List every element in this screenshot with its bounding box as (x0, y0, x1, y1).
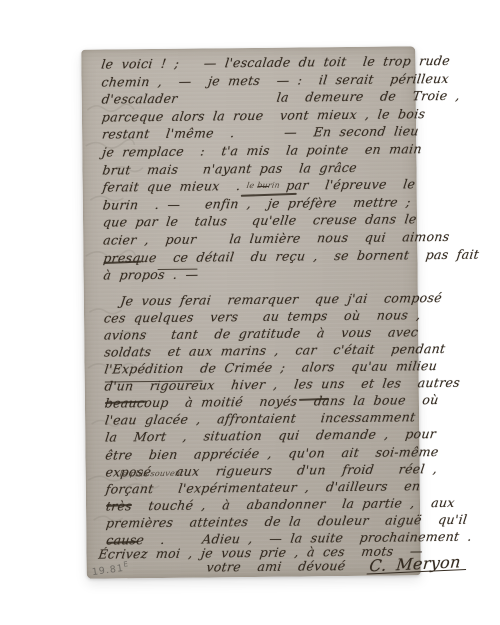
handwritten-line: à propos . — (102, 263, 410, 284)
valediction-text: votre ami dévoué (206, 558, 347, 574)
paragraph-2: Je vous ferai remarquer que j'ai composé… (104, 289, 413, 549)
signature: C. Meryon (367, 555, 468, 575)
paragraph-1: le voici ! ; — l'escalade du toit le tro… (101, 52, 409, 284)
valediction-line: votre ami dévouéC. Meryon (206, 557, 414, 573)
inventory-number-suffix: E (123, 560, 129, 569)
letter-page: le voici ! ; — l'escalade du toit le tro… (81, 46, 421, 578)
interline-insertion: le plus souvent (119, 469, 185, 479)
letter-body: le voici ! ; — l'escalade du toit le tro… (101, 52, 412, 573)
photo-background: le voici ! ; — l'escalade du toit le tro… (0, 0, 500, 625)
interline-insertion: le burin (246, 181, 281, 190)
